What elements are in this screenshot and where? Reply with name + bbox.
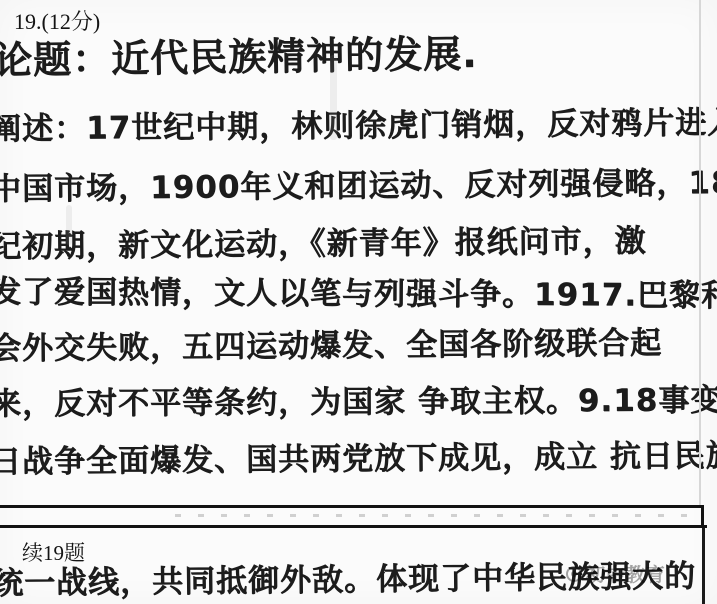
watermark-logo-icon	[566, 566, 582, 582]
handwritten-body-line: 日战争全面爆发、国共两党放下成见，成立 抗日民族	[0, 430, 717, 482]
bottom-right-border-line	[702, 528, 705, 604]
watermark-text: 初中教育	[586, 560, 666, 587]
divider-line-top	[0, 505, 704, 508]
scan-streak	[330, 55, 337, 140]
scanned-answer-sheet: 19.(12分) 论题：近代民族精神的发展. 阐述：17世纪中期，林则徐虎门销烟…	[0, 0, 717, 604]
handwritten-body-line: 会外交失败，五四运动爆发、全国各阶级联合起	[0, 317, 662, 368]
divider-dashes	[175, 514, 700, 517]
divider-line-bottom	[0, 525, 707, 528]
handwritten-topic-line: 论题：近代民族精神的发展.	[0, 23, 478, 85]
scan-streak	[66, 205, 72, 245]
handwritten-body-line: 阐述：17世纪中期，林则徐虎门销烟，反对鸦片进入	[0, 97, 717, 149]
page-edge-line	[699, 0, 701, 505]
handwritten-body-line: 纪初期，新文化运动，《新青年》报纸问市，激	[0, 215, 647, 266]
handwritten-body-line: 中国市场，1900年义和团运动、反对列强侵略，18世	[0, 157, 717, 209]
divider-right-corner	[701, 505, 704, 528]
handwritten-body-line: 来，反对不平等条约，为国家 争取主权。9.18事变后，抗	[0, 374, 717, 423]
watermark: 初中教育	[566, 560, 666, 587]
handwritten-body-line: 发了爱国热情，文人以笔与列强斗争。1917.巴黎和	[0, 266, 717, 315]
